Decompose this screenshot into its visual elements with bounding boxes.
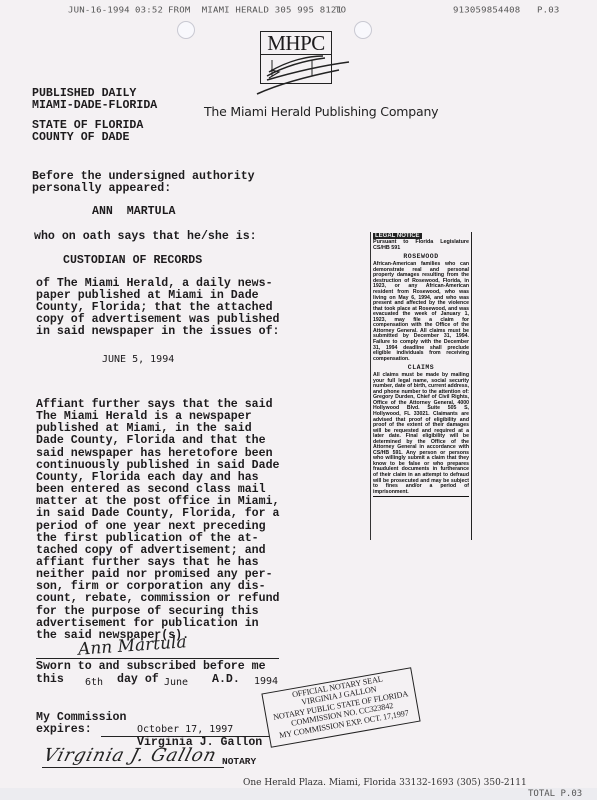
legal-notice-pursuant: Pursuant to Florida Legislature CS/HB 59… [371,240,471,251]
para2-line: period of one year next preceding [36,521,266,533]
notary-label: NOTARY [222,756,256,768]
sworn-day: 6th [85,677,103,688]
signature-line [36,658,279,659]
fax-page: P.03 [537,7,559,16]
legal-notice-title: ROSEWOOD [371,253,471,260]
legal-notice-clipping: LEGAL NOTICE Pursuant to Florida Legisla… [370,232,472,540]
notary-signature: Virginia J. Gallon [41,745,219,766]
para2-line: the first publication of the at- [36,533,259,545]
sworn-month: June [164,677,188,688]
sworn-line: Sworn to and subscribed before me [36,661,266,673]
para1-line: in said newspaper in the issues of: [36,326,280,338]
issue-date: JUNE 5, 1994 [102,354,174,365]
footer-address: One Herald Plaza. Miami, Florida 33132-1… [243,778,527,788]
clipping-end-rule [373,496,469,497]
legal-notice-body-1: African-American families who can demons… [371,262,471,362]
fax-date: JUN-16-1994 [68,7,130,16]
fax-from: FROM MIAMI HERALD 305 995 8121 [168,7,342,16]
affidavit-page: JUN-16-1994 03:52 FROM MIAMI HERALD 305 … [0,0,597,788]
punch-hole-left [177,21,195,39]
intro-line-2: personally appeared: [32,183,171,195]
fax-to-number: 913059854408 [453,7,520,16]
this-label: this [36,674,64,686]
mhpc-logo: MHPC [260,31,332,84]
para2-line: in said Dade County, Florida, for a [36,508,280,520]
sworn-year: 1994 [254,676,278,687]
legal-notice-body-2: All claims must be made by mailing your … [371,373,471,495]
para2-line: Dade County, Florida and that the [36,435,266,447]
miami-dade-florida: MIAMI-DADE-FLORIDA [32,100,157,112]
punch-hole-right [354,21,372,39]
notary-seal-stamp: OFFICIAL NOTARY SEAL VIRGINIA J GALLON N… [261,667,420,748]
day-of-label: day of [117,674,159,686]
ad-label: A.D. [212,674,240,686]
fax-total-pages: TOTAL P.03 [528,789,582,799]
company-name: The Miami Herald Publishing Company [204,104,438,119]
fax-time: 03:52 [135,7,163,16]
affiant-name: ANN MARTULA [92,206,176,218]
bottom-strip [0,788,597,800]
swoosh-icon [249,50,359,100]
oath-line: who on oath says that he/she is: [34,231,257,243]
commission-label-2: expires: [36,724,92,736]
legal-notice-claims-title: CLAIMS [371,364,471,371]
commission-expires: October 17, 1997 [137,724,233,735]
para2-line: for the purpose of securing this [36,606,259,618]
para2-line: said newspaper has heretofore been [36,448,273,460]
notary-signature-line [42,767,224,768]
para2-line: count, rebate, commission or refund [36,593,280,605]
fax-to-label: TO [335,7,346,16]
county-of-dade: COUNTY OF DADE [32,132,129,144]
custodian-title: CUSTODIAN OF RECORDS [63,255,202,267]
